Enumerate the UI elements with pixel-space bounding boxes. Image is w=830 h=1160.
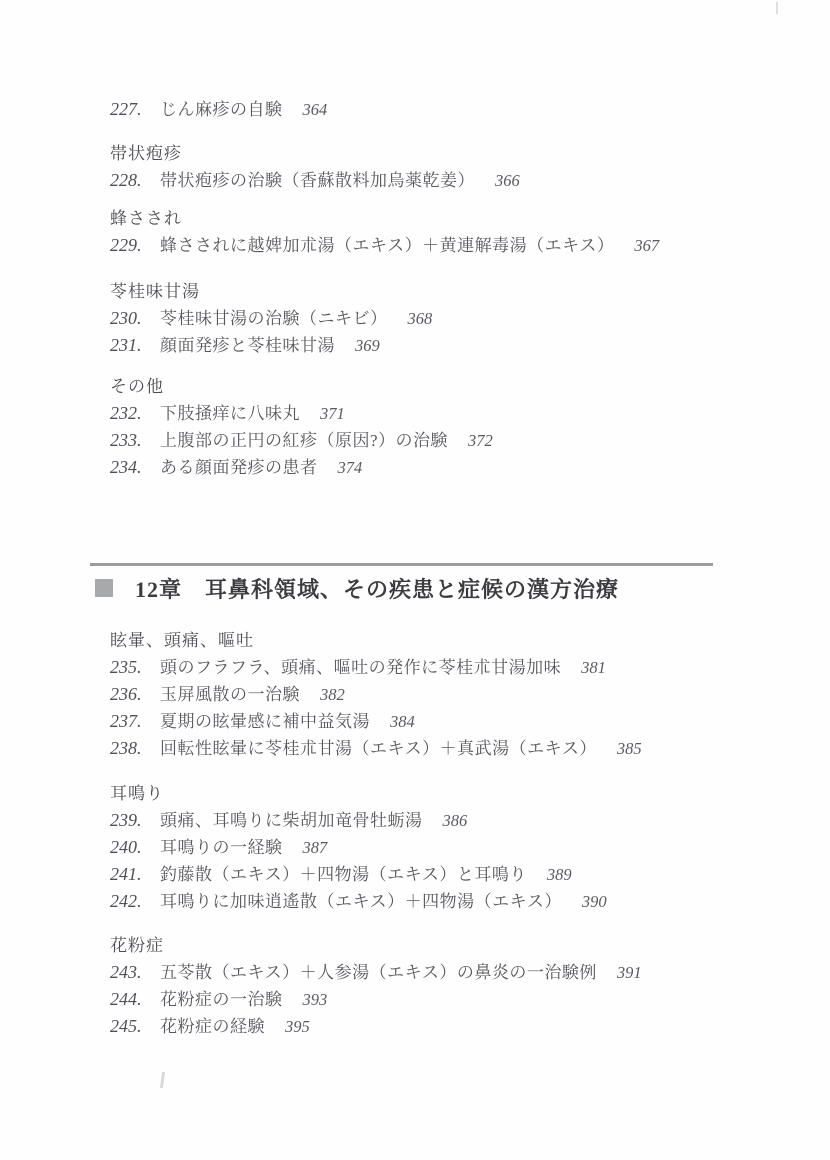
toc-entry: 245.花粉症の経験395 [110,1013,770,1040]
entry-title: 回転性眩暈に苓桂朮甘湯（エキス）＋真武湯（エキス） [160,739,597,758]
toc-entry: 232.下肢掻痒に八味丸371 [110,400,770,427]
entry-title: 頭のフラフラ、頭痛、嘔吐の発作に苓桂朮甘湯加味 [160,658,561,677]
entry-title: 上腹部の正円の紅疹（原因?）の治験 [160,431,448,450]
entry-number: 242. [110,888,160,915]
toc-entry: 233.上腹部の正円の紅疹（原因?）の治験372 [110,427,770,454]
section-header: 耳鳴り [110,780,770,807]
entry-title: 下肢掻痒に八味丸 [160,404,300,423]
section-header: 帯状疱疹 [110,140,770,167]
chapter-square-marker-icon [95,579,113,597]
toc-group: 帯状疱疹 228.帯状疱疹の治験（香蘇散料加烏薬乾姜）366 [110,140,770,194]
toc-group: 眩暈、頭痛、嘔吐 235.頭のフラフラ、頭痛、嘔吐の発作に苓桂朮甘湯加味381 … [110,627,770,762]
chapter-number: 12章 [135,573,182,604]
entry-number: 227. [110,96,160,123]
toc-entry: 237.夏期の眩暈感に補中益気湯384 [110,708,770,735]
entry-title: 玉屏風散の一治験 [160,685,300,704]
entry-page: 395 [285,1017,310,1036]
entry-title: 花粉症の一治験 [160,990,283,1009]
toc-entry: 229.蜂さされに越婢加朮湯（エキス）＋黄連解毒湯（エキス）367 [110,232,770,259]
entry-page: 393 [303,990,328,1009]
entry-number: 236. [110,681,160,708]
entry-number: 245. [110,1013,160,1040]
entry-title: 五苓散（エキス）＋人参湯（エキス）の鼻炎の一治験例 [160,963,597,982]
entry-title: 耳鳴りの一経験 [160,838,283,857]
entry-number: 238. [110,735,160,762]
entry-title: 顔面発疹と苓桂味甘湯 [160,336,335,355]
entry-page: 385 [617,739,642,758]
chapter-heading-block: 12章 耳鼻科領域、その疾患と症候の漢方治療 [90,563,770,603]
entry-page: 389 [547,865,572,884]
toc-content: 227.じん麻疹の自験364 帯状疱疹 228.帯状疱疹の治験（香蘇散料加烏薬乾… [110,96,770,1040]
entry-page: 374 [338,458,363,477]
entry-number: 228. [110,167,160,194]
entry-page: 382 [320,685,345,704]
scan-artifact-mark [776,2,778,14]
entry-title: ある顔面発疹の患者 [160,458,318,477]
scan-artifact-mark [160,1072,165,1088]
entry-page: 381 [581,658,606,677]
entry-number: 232. [110,400,160,427]
entry-title: 耳鳴りに加味逍遙散（エキス）＋四物湯（エキス） [160,892,562,911]
entry-number: 237. [110,708,160,735]
toc-group: 耳鳴り 239.頭痛、耳鳴りに柴胡加竜骨牡蛎湯386 240.耳鳴りの一経験38… [110,780,770,915]
entry-page: 368 [408,309,433,328]
toc-entry: 238.回転性眩暈に苓桂朮甘湯（エキス）＋真武湯（エキス）385 [110,735,770,762]
entry-title: じん麻疹の自験 [160,100,283,119]
section-header: 苓桂味甘湯 [110,278,770,305]
entry-page: 371 [320,404,345,423]
entry-title: 夏期の眩暈感に補中益気湯 [160,712,370,731]
entry-title: 頭痛、耳鳴りに柴胡加竜骨牡蛎湯 [160,811,423,830]
toc-entry: 239.頭痛、耳鳴りに柴胡加竜骨牡蛎湯386 [110,807,770,834]
toc-entry: 242.耳鳴りに加味逍遙散（エキス）＋四物湯（エキス）390 [110,888,770,915]
toc-entry: 231.顔面発疹と苓桂味甘湯369 [110,332,770,359]
entry-page: 366 [495,171,520,190]
entry-number: 230. [110,305,160,332]
toc-group: その他 232.下肢掻痒に八味丸371 233.上腹部の正円の紅疹（原因?）の治… [110,373,770,481]
entry-number: 239. [110,807,160,834]
toc-entry: 235.頭のフラフラ、頭痛、嘔吐の発作に苓桂朮甘湯加味381 [110,654,770,681]
toc-entry: 240.耳鳴りの一経験387 [110,834,770,861]
chapter-heading-row: 12章 耳鼻科領域、その疾患と症候の漢方治療 [90,573,770,603]
toc-entry: 241.釣藤散（エキス）＋四物湯（エキス）と耳鳴り389 [110,861,770,888]
entry-number: 235. [110,654,160,681]
entry-page: 386 [443,811,468,830]
toc-entry: 234.ある顔面発疹の患者374 [110,454,770,481]
entry-page: 367 [634,236,659,255]
chapter-title: 耳鼻科領域、その疾患と症候の漢方治療 [205,573,619,604]
entry-number: 241. [110,861,160,888]
section-header: 眩暈、頭痛、嘔吐 [110,627,770,654]
toc-entry: 236.玉屏風散の一治験382 [110,681,770,708]
entry-number: 234. [110,454,160,481]
entry-page: 390 [582,892,607,911]
toc-entry: 227.じん麻疹の自験364 [110,96,770,123]
section-header: その他 [110,373,770,400]
section-header: 花粉症 [110,932,770,959]
toc-entry: 230.苓桂味甘湯の治験（ニキビ）368 [110,305,770,332]
entry-page: 391 [617,963,642,982]
entry-number: 244. [110,986,160,1013]
toc-group: 蜂さされ 229.蜂さされに越婢加朮湯（エキス）＋黄連解毒湯（エキス）367 [110,205,770,259]
entry-number: 233. [110,427,160,454]
entry-title: 花粉症の経験 [160,1017,265,1036]
entry-page: 369 [355,336,380,355]
entry-page: 384 [390,712,415,731]
entry-title: 苓桂味甘湯の治験（ニキビ） [160,309,388,328]
entry-page: 364 [303,100,328,119]
book-toc-page: 227.じん麻疹の自験364 帯状疱疹 228.帯状疱疹の治験（香蘇散料加烏薬乾… [0,0,830,1160]
entry-title: 帯状疱疹の治験（香蘇散料加烏薬乾姜） [160,171,475,190]
section-header: 蜂さされ [110,205,770,232]
toc-entry: 243.五苓散（エキス）＋人参湯（エキス）の鼻炎の一治験例391 [110,959,770,986]
entry-number: 240. [110,834,160,861]
entry-number: 229. [110,232,160,259]
toc-entry: 228.帯状疱疹の治験（香蘇散料加烏薬乾姜）366 [110,167,770,194]
entry-page: 372 [468,431,493,450]
entry-number: 243. [110,959,160,986]
entry-page: 387 [303,838,328,857]
entry-title: 釣藤散（エキス）＋四物湯（エキス）と耳鳴り [160,865,527,884]
toc-group: 苓桂味甘湯 230.苓桂味甘湯の治験（ニキビ）368 231.顔面発疹と苓桂味甘… [110,278,770,359]
entry-title: 蜂さされに越婢加朮湯（エキス）＋黄連解毒湯（エキス） [160,236,614,255]
toc-entry: 244.花粉症の一治験393 [110,986,770,1013]
chapter-rule-divider [90,563,713,566]
entry-number: 231. [110,332,160,359]
toc-group: 花粉症 243.五苓散（エキス）＋人参湯（エキス）の鼻炎の一治験例391 244… [110,932,770,1040]
